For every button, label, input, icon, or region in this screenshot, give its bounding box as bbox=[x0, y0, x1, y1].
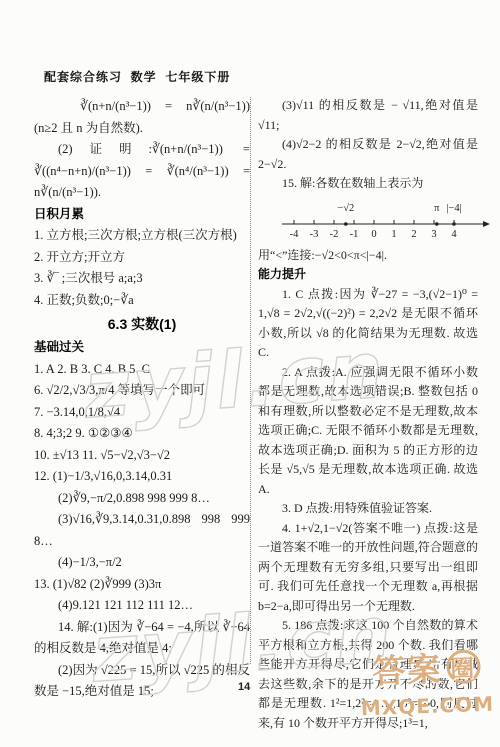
text-line: 1. 立方根;三次方根;立方根(三次方根) bbox=[34, 225, 250, 247]
text-line: 4. 1+√2,1−√2(答案不唯一) 点拨:这是一道答案不唯一的开放性问题,符… bbox=[258, 519, 478, 617]
svg-text:0: 0 bbox=[371, 229, 376, 240]
text-line: 用“<”连接:−√2<0<π<|−4|. bbox=[258, 246, 478, 266]
text-line: (2)证明:∛(n+n/(n³−1)) = ∛((n⁴−n+n)/(n³−1))… bbox=[34, 139, 250, 204]
section-heading: 6.3 实数(1) bbox=[34, 311, 250, 337]
svg-text:4: 4 bbox=[451, 229, 457, 240]
svg-text:1: 1 bbox=[391, 229, 396, 240]
text-line: 3. ∛‾ ;三次根号 a;a;3 bbox=[34, 268, 250, 290]
svg-text:−√2: −√2 bbox=[337, 202, 354, 214]
text-line: (2)∛9,−π/2,0.898 998 999 8… bbox=[34, 488, 250, 510]
text-line: (3)√16,∛9,3.14,0.31,0.898 998 999 8… bbox=[34, 509, 250, 552]
scanned-workbook-page: 配套综合练习 数学 七年级下册 ∛(n+n/(n³−1)) = n∛(n/(n³… bbox=[0, 0, 500, 747]
column-divider bbox=[250, 97, 251, 664]
stamp-title: 答案 圈 bbox=[359, 642, 494, 694]
text-line: 4. 正数;负数;0;−∛a bbox=[34, 290, 250, 312]
text-line: (3)√11 的相反数是 − √11,绝对值是 √11; bbox=[258, 96, 478, 135]
stamp-site-text: MXQE.COM bbox=[360, 692, 494, 721]
svg-text:3: 3 bbox=[431, 229, 436, 240]
text-line: 2. A 点拨:A. 应强调无限不循环小数都是无理数,故本选项错误;B. 整数包… bbox=[258, 363, 478, 500]
number-line: -4-3-2-101234−√2π|−4| bbox=[280, 196, 478, 244]
svg-text:-2: -2 bbox=[330, 229, 339, 240]
text-line: (4)9.121 121 112 111 12… bbox=[34, 595, 250, 617]
text-line: 10. ±√13 11. √5−√2,√3−√2 bbox=[34, 445, 250, 467]
text-line: 1. A 2. B 3. C 4. B 5. C bbox=[34, 359, 250, 381]
text-line: 14. 解:(1)因为 ∛−64 = −4,所以 ∛−64 的相反数是 4,绝对… bbox=[34, 617, 250, 660]
svg-text:π: π bbox=[434, 203, 440, 214]
stamp-text: 答案 bbox=[371, 643, 443, 692]
section-heading: 能力提升 bbox=[258, 265, 478, 285]
svg-text:-3: -3 bbox=[310, 229, 319, 240]
section-heading: 基础过关 bbox=[34, 337, 250, 359]
text-line: 2. 开立方;开立方 bbox=[34, 247, 250, 269]
answer-stamp: 答案 圈 MXQE.COM bbox=[359, 642, 495, 721]
svg-text:2: 2 bbox=[411, 229, 416, 240]
svg-text:|−4|: |−4| bbox=[446, 203, 461, 214]
right-column: (3)√11 的相反数是 − √11,绝对值是 √11;(4)√2−2 的相反数… bbox=[258, 96, 478, 733]
text-line: ∛(n+n/(n³−1)) = n∛(n/(n³−1))(n≥2 且 n 为自然… bbox=[34, 96, 250, 139]
svg-text:-4: -4 bbox=[290, 229, 299, 240]
page-header: 配套综合练习 数学 七年级下册 bbox=[44, 68, 230, 85]
text-line: (4)√2−2 的相反数是 2−√2,绝对值是 2−√2. bbox=[258, 135, 478, 174]
text-line: (4)−1/3,−π/2 bbox=[34, 552, 250, 574]
svg-text:-1: -1 bbox=[350, 229, 359, 240]
text-line: (2)因为 √225 = 15,所以 √225 的相反数是 −15,绝对值是 1… bbox=[34, 660, 250, 703]
right-column-top: (3)√11 的相反数是 − √11,绝对值是 √11;(4)√2−2 的相反数… bbox=[258, 96, 478, 194]
text-line: 8. 4;3;2 9. ①②③④ bbox=[34, 423, 250, 445]
text-line: 12. (1)−1/3,√16,0,3.14,0.31 bbox=[34, 466, 250, 488]
text-line: 13. (1)√82 (2)∛999 (3)3π bbox=[34, 574, 250, 596]
text-line: 3. D 点拨:用特殊值验证答案. bbox=[258, 499, 478, 519]
left-column: ∛(n+n/(n³−1)) = n∛(n/(n³−1))(n≥2 且 n 为自然… bbox=[34, 96, 250, 703]
page-number: 14 bbox=[238, 681, 250, 693]
stamp-circled-char: 圈 bbox=[446, 649, 481, 684]
text-line: 1. C 点拨:因为 ∛−27 = −3,(√2−1)⁰ = 1,√8 = 2√… bbox=[258, 285, 478, 363]
text-line: 15. 解:各数在数轴上表示为 bbox=[258, 174, 478, 194]
section-heading: 日积月累 bbox=[34, 204, 250, 226]
text-line: 7. −3.14,0,1/8,√4 bbox=[34, 402, 250, 424]
text-line: 6. √2/2,√3/3,π/4 等填写一个即可 bbox=[34, 380, 250, 402]
